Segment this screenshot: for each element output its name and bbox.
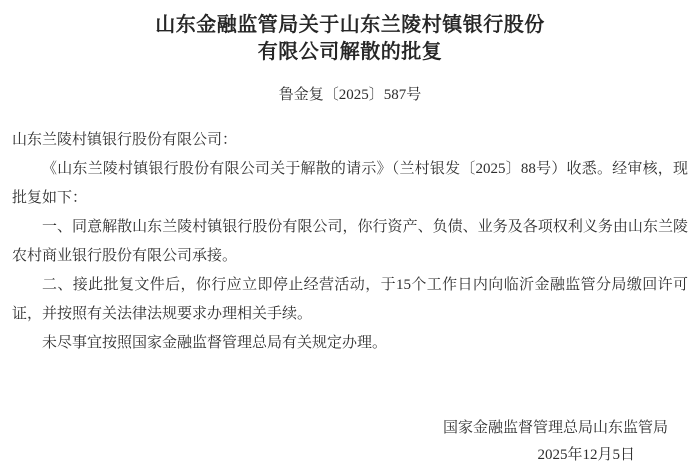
- signature-block: 国家金融监督管理总局山东监管局 2025年12月5日: [443, 415, 668, 466]
- document-title-line-1: 山东金融监管局关于山东兰陵村镇银行股份: [0, 12, 700, 39]
- issuer-name: 国家金融监督管理总局山东监管局: [443, 415, 668, 442]
- document-title: 山东金融监管局关于山东兰陵村镇银行股份 有限公司解散的批复: [0, 0, 700, 66]
- paragraph-closing: 未尽事宜按照国家金融监督管理总局有关规定办理。: [12, 329, 688, 358]
- document-number: 鲁金复〔2025〕587号: [0, 85, 700, 105]
- salutation: 山东兰陵村镇银行股份有限公司：: [12, 126, 688, 155]
- document-title-line-2: 有限公司解散的批复: [0, 39, 700, 66]
- paragraph-item-1: 一、同意解散山东兰陵村镇银行股份有限公司，你行资产、负债、业务及各项权利义务由山…: [12, 213, 688, 271]
- paragraph-item-2: 二、接此批复文件后，你行应立即停止经营活动，于15个工作日内向临沂金融监管分局缴…: [12, 271, 688, 329]
- issue-date: 2025年12月5日: [443, 442, 668, 466]
- document-body: 山东兰陵村镇银行股份有限公司： 《山东兰陵村镇银行股份有限公司关于解散的请示》（…: [0, 126, 700, 358]
- document-page: 山东金融监管局关于山东兰陵村镇银行股份 有限公司解散的批复 鲁金复〔2025〕5…: [0, 0, 700, 466]
- paragraph-receipt: 《山东兰陵村镇银行股份有限公司关于解散的请示》（兰村银发〔2025〕88号）收悉…: [12, 155, 688, 213]
